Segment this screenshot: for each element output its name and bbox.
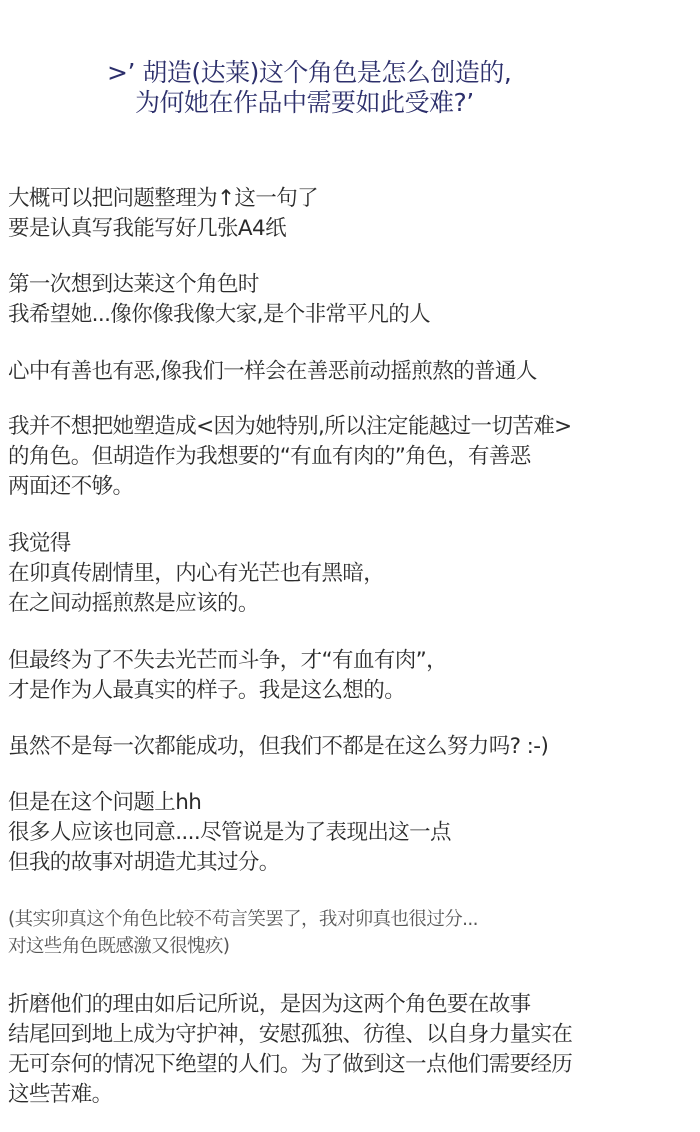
text-line: 但是在这个问题上hh bbox=[8, 788, 451, 818]
text-line: 在卯真传剧情里，内心有光芒也有黑暗， bbox=[8, 559, 384, 589]
text-line: (其实卯真这个角色比较不苟言笑罢了，我对卯真也很过分... bbox=[8, 906, 478, 933]
text-line: 结尾回到地上成为守护神，安慰孤独、彷徨、以自身力量实在 bbox=[8, 1020, 572, 1050]
question-line-1: >’ 胡造(达莱)这个角色是怎么创造的, bbox=[107, 58, 667, 88]
text-line: 对这些角色既感激又很愧疚) bbox=[8, 933, 478, 960]
text-line: 在之间动摇煎熬是应该的。 bbox=[8, 589, 384, 619]
text-line: 无可奈何的情况下绝望的人们。为了做到这一点他们需要经历 bbox=[8, 1050, 572, 1080]
text-line: 但最终为了不失去光芒而斗争，才“有血有肉”， bbox=[8, 646, 447, 676]
text-line: 这些苦难。 bbox=[8, 1080, 572, 1110]
paragraph-summary: 大概可以把问题整理为↑这一句了 要是认真写我能写好几张A4纸 bbox=[8, 184, 318, 244]
text-line: 大概可以把问题整理为↑这一句了 bbox=[8, 184, 318, 214]
text-line: 两面还不够。 bbox=[8, 472, 572, 502]
text-line: 我希望她...像你像我像大家,是个非常平凡的人 bbox=[8, 300, 430, 330]
text-line: 但我的故事对胡造尤其过分。 bbox=[8, 848, 451, 878]
text-line: 我觉得 bbox=[8, 529, 384, 559]
text-line: 我并不想把她塑造成<因为她特别,所以注定能越过一切苦难> bbox=[8, 412, 572, 442]
paragraph-i-think: 我觉得 在卯真传剧情里，内心有光芒也有黑暗， 在之间动摇煎熬是应该的。 bbox=[8, 529, 384, 619]
text-line: 心中有善也有恶,像我们一样会在善恶前动摇煎熬的普通人 bbox=[8, 357, 537, 387]
paragraph-aside-note: (其实卯真这个角色比较不苟言笑罢了，我对卯真也很过分... 对这些角色既感激又很… bbox=[8, 906, 478, 960]
text-line: 折磨他们的理由如后记所说，是因为这两个角色要在故事 bbox=[8, 990, 572, 1020]
text-line: 第一次想到达莱这个角色时 bbox=[8, 270, 430, 300]
text-line: 才是作为人最真实的样子。我是这么想的。 bbox=[8, 676, 447, 706]
paragraph-not-special: 我并不想把她塑造成<因为她特别,所以注定能越过一切苦难> 的角色。但胡造作为我想… bbox=[8, 412, 572, 502]
text-line: 很多人应该也同意....尽管说是为了表现出这一点 bbox=[8, 818, 451, 848]
text-line: 的角色。但胡造作为我想要的“有血有肉的”角色，有善恶 bbox=[8, 442, 572, 472]
question-line-2: 为何她在作品中需要如此受难?’ bbox=[107, 88, 667, 118]
paragraph-reason: 折磨他们的理由如后记所说，是因为这两个角色要在故事 结尾回到地上成为守护神，安慰… bbox=[8, 990, 572, 1110]
paragraph-struggle: 但最终为了不失去光芒而斗争，才“有血有肉”， 才是作为人最真实的样子。我是这么想… bbox=[8, 646, 447, 706]
paragraph-effort: 虽然不是每一次都能成功，但我们不都是在这么努力吗? :-) bbox=[8, 732, 548, 762]
question-heading: >’ 胡造(达莱)这个角色是怎么创造的, 为何她在作品中需要如此受难?’ bbox=[107, 58, 667, 118]
paragraph-good-and-evil: 心中有善也有恶,像我们一样会在善恶前动摇煎熬的普通人 bbox=[8, 357, 537, 387]
paragraph-but: 但是在这个问题上hh 很多人应该也同意....尽管说是为了表现出这一点 但我的故… bbox=[8, 788, 451, 878]
text-line: 要是认真写我能写好几张A4纸 bbox=[8, 214, 318, 244]
paragraph-first-idea: 第一次想到达莱这个角色时 我希望她...像你像我像大家,是个非常平凡的人 bbox=[8, 270, 430, 330]
text-line: 虽然不是每一次都能成功，但我们不都是在这么努力吗? :-) bbox=[8, 732, 548, 762]
